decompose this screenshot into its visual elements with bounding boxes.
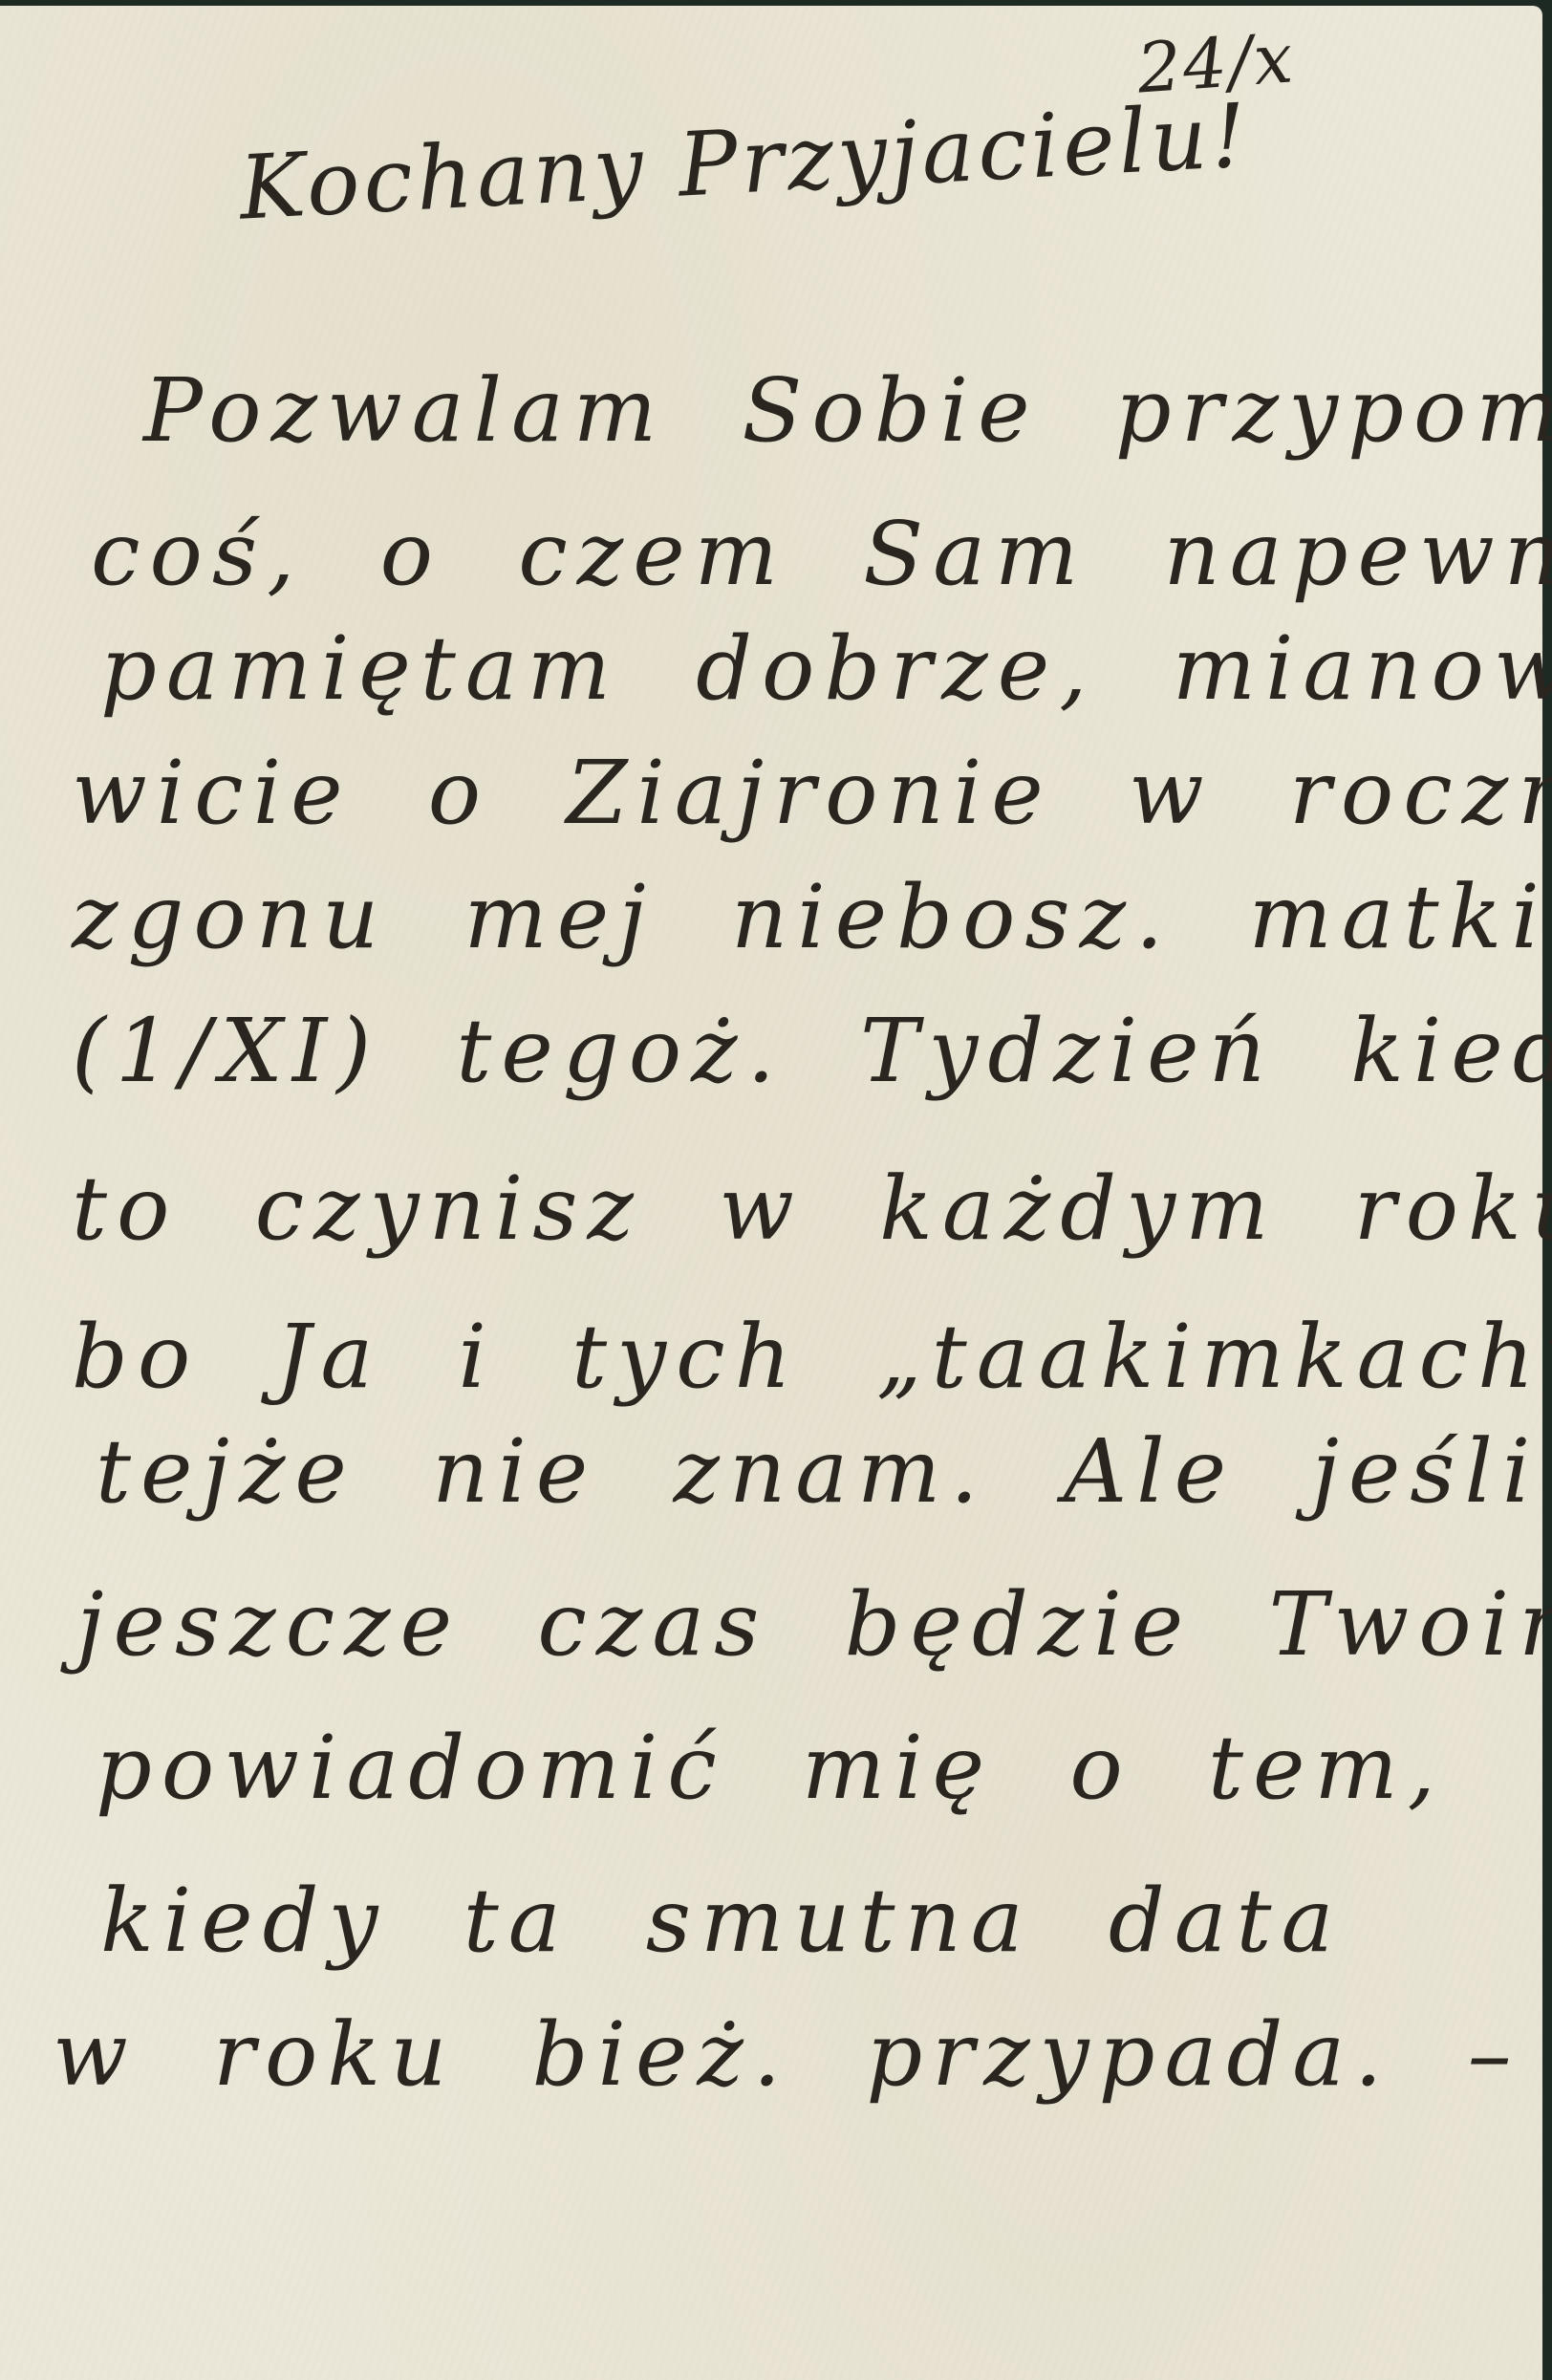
letter-line: (1/XI) tegoż. Tydzień kiedy (72, 1000, 1552, 1102)
letter-line: wicie o Ziajronie w rocznicę (72, 742, 1552, 844)
letter-line: pamiętam dobrze, mianowicie (100, 617, 1552, 720)
letter-line: zgonu mej niebosz. matki (72, 866, 1549, 968)
letter-line: kiedy ta smutna data (100, 1870, 1343, 1972)
letter-line: tejże nie znam. Ale jeśli (96, 1420, 1540, 1523)
letter-line: Pozwalam Sobie przypomnieć Ci (143, 359, 1552, 462)
letter-line: coś, o czem Sam napewno (91, 503, 1552, 605)
letter-line: w roku bież. przypada. – (53, 2003, 1521, 2106)
letter-greeting: Kochany Przyjacielu! (237, 84, 1253, 239)
letter-page: 24/x Kochany Przyjacielu! Pozwalam Sobie… (0, 6, 1542, 2380)
letter-line: jeszcze czas będzie Twoim (76, 1573, 1552, 1676)
letter-line: bo Ja i tych „taakimkach” (72, 1306, 1552, 1408)
letter-line: to czynisz w każdym roku (72, 1158, 1552, 1260)
letter-line: powiadomić mię o tem, (96, 1717, 1445, 1819)
